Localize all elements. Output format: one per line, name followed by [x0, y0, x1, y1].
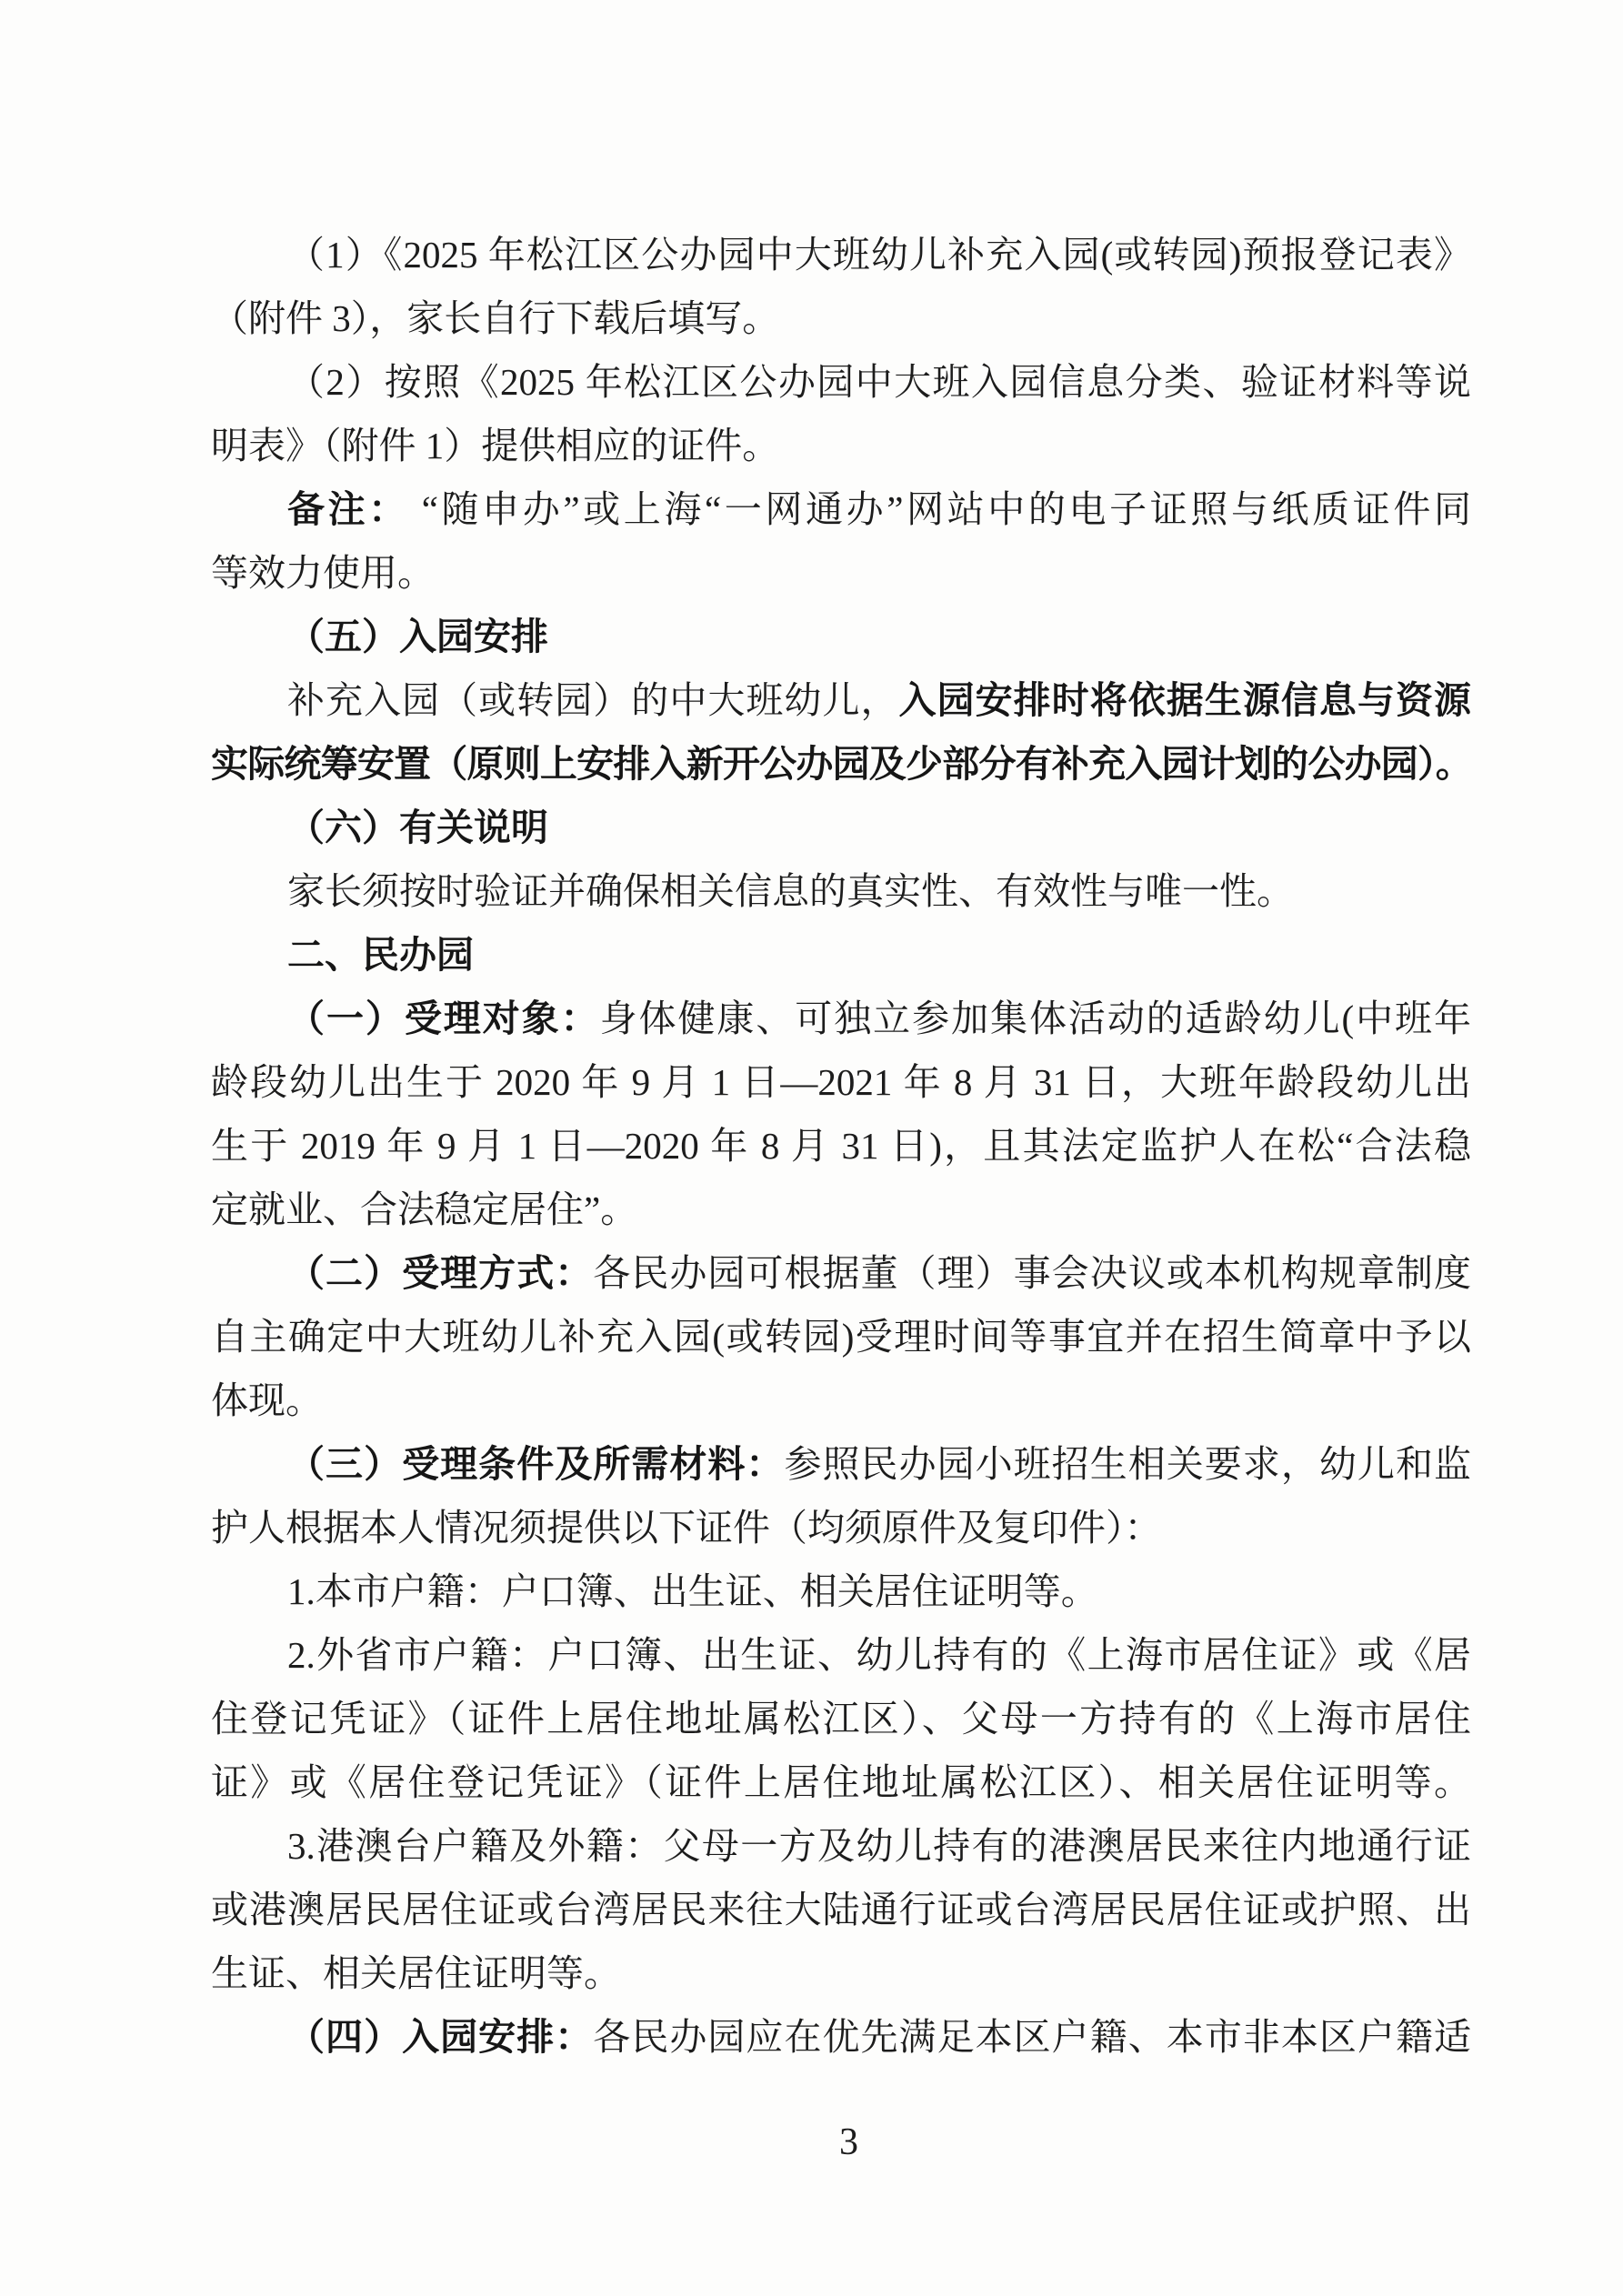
text-line: （五）入园安排 [211, 605, 1471, 668]
text-segment: 3.港澳台户籍及外籍：父母一方及幼儿持有的港澳居民来往内地通行证 [287, 1825, 1471, 1867]
text-line: 2.外省市户籍：户口簿、出生证、幼儿持有的《上海市居住证》或《居 [211, 1623, 1471, 1687]
text-segment: 护人根据本人情况须提供以下证件（均须原件及复印件）： [211, 1507, 1162, 1549]
text-line: 实际统筹安置（原则上安排入新开公办园及少部分有补充入园计划的公办园）。 [211, 732, 1471, 796]
text-segment: 1.本市户籍：户口簿、出生证、相关居住证明等。 [287, 1570, 1098, 1612]
bold-text-segment: （四）入园安排： [287, 2016, 593, 2058]
text-segment: 自主确定中大班幼儿补充入园(或转园)受理时间等事宜并在招生简章中予以 [211, 1316, 1471, 1358]
text-segment: 生于 2019 年 9 月 1 日—2020 年 8 月 31 日)，且其法定监… [211, 1125, 1471, 1167]
text-line: 3.港澳台户籍及外籍：父母一方及幼儿持有的港澳居民来往内地通行证 [211, 1814, 1471, 1878]
text-segment: “随申办”或上海“一网通办”网站中的电子证照与纸质证件同 [409, 488, 1471, 530]
text-segment: 或港澳居民居住证或台湾居民来往大陆通行证或台湾居民居住证或护照、出 [211, 1889, 1471, 1930]
text-line: 补充入园（或转园）的中大班幼儿，入园安排时将依据生源信息与资源 [211, 668, 1471, 732]
text-line: 生于 2019 年 9 月 1 日—2020 年 8 月 31 日)，且其法定监… [211, 1114, 1471, 1178]
text-line: （二）受理方式：各民办园可根据董（理）事会决议或本机构规章制度 [211, 1241, 1471, 1305]
bold-text-segment: 二、民办园 [287, 934, 474, 976]
bold-text-segment: 入园安排时将依据生源信息与资源 [899, 679, 1471, 721]
text-segment: 等效力使用。 [211, 552, 435, 594]
text-line: 证》或《居住登记凭证》（证件上居住地址属松江区）、相关居住证明等。 [211, 1750, 1471, 1814]
text-segment: （2）按照《2025 年松江区公办园中大班入园信息分类、验证材料等说 [287, 361, 1471, 403]
bold-text-segment: 备注： [287, 488, 409, 530]
text-segment: 家长须按时验证并确保相关信息的真实性、有效性与唯一性。 [287, 870, 1294, 912]
text-segment: 身体健康、可独立参加集体活动的适龄幼儿(中班年 [600, 998, 1471, 1039]
text-line: （三）受理条件及所需材料：参照民办园小班招生相关要求，幼儿和监 [211, 1432, 1471, 1496]
text-segment: 补充入园（或转园）的中大班幼儿， [287, 679, 899, 721]
text-segment: 参照民办园小班招生相关要求，幼儿和监 [784, 1443, 1471, 1485]
text-line: （四）入园安排：各民办园应在优先满足本区户籍、本市非本区户籍适 [211, 2005, 1471, 2069]
bold-text-segment: （六）有关说明 [287, 807, 548, 848]
document-lines: （1）《2025 年松江区公办园中大班幼儿补充入园(或转园)预报登记表》（附件 … [211, 223, 1471, 2069]
text-line: 备注： “随申办”或上海“一网通办”网站中的电子证照与纸质证件同 [211, 477, 1471, 541]
text-segment: 定就业、合法稳定居住”。 [211, 1188, 637, 1230]
text-segment: 证》或《居住登记凭证》（证件上居住地址属松江区）、相关居住证明等。 [211, 1761, 1471, 1803]
text-line: 龄段幼儿出生于 2020 年 9 月 1 日—2021 年 8 月 31 日，大… [211, 1050, 1471, 1114]
text-segment: （1）《2025 年松江区公办园中大班幼儿补充入园(或转园)预报登记表》 [287, 234, 1471, 276]
text-segment: 体现。 [211, 1379, 323, 1421]
text-segment: 龄段幼儿出生于 2020 年 9 月 1 日—2021 年 8 月 31 日，大… [211, 1061, 1471, 1103]
text-line: 或港澳居民居住证或台湾居民来往大陆通行证或台湾居民居住证或护照、出 [211, 1878, 1471, 1941]
bold-text-segment: （二）受理方式： [287, 1252, 593, 1294]
bold-text-segment: （三）受理条件及所需材料： [287, 1443, 784, 1485]
text-line: （2）按照《2025 年松江区公办园中大班入园信息分类、验证材料等说 [211, 350, 1471, 414]
text-segment: 明表》（附件 1）提供相应的证件。 [211, 425, 779, 466]
text-segment: （附件 3），家长自行下载后填写。 [211, 297, 779, 339]
page-number: 3 [37, 2121, 1623, 2164]
bold-text-segment: 实际统筹安置（原则上安排入新开公办园及少部分有补充入园计划的公办园）。 [211, 743, 1471, 785]
text-segment: 生证、相关居住证明等。 [211, 1952, 621, 1994]
text-line: （1）《2025 年松江区公办园中大班幼儿补充入园(或转园)预报登记表》 [211, 223, 1471, 286]
text-line: 1.本市户籍：户口簿、出生证、相关居住证明等。 [211, 1559, 1471, 1623]
text-line: （一）受理对象：身体健康、可独立参加集体活动的适龄幼儿(中班年 [211, 987, 1471, 1050]
bold-text-segment: （五）入园安排 [287, 616, 548, 657]
bold-text-segment: （一）受理对象： [287, 998, 600, 1039]
text-line: 自主确定中大班幼儿补充入园(或转园)受理时间等事宜并在招生简章中予以 [211, 1305, 1471, 1369]
text-segment: 各民办园应在优先满足本区户籍、本市非本区户籍适 [593, 2016, 1471, 2058]
document-page: （1）《2025 年松江区公办园中大班幼儿补充入园(或转园)预报登记表》（附件 … [0, 0, 1623, 2296]
text-line: 住登记凭证》（证件上居住地址属松江区）、父母一方持有的《上海市居住 [211, 1687, 1471, 1750]
text-line: 家长须按时验证并确保相关信息的真实性、有效性与唯一性。 [211, 859, 1471, 923]
text-segment: 住登记凭证》（证件上居住地址属松江区）、父母一方持有的《上海市居住 [211, 1698, 1471, 1740]
text-segment: 各民办园可根据董（理）事会决议或本机构规章制度 [593, 1252, 1471, 1294]
text-line: 二、民办园 [211, 923, 1471, 987]
text-segment: 2.外省市户籍：户口簿、出生证、幼儿持有的《上海市居住证》或《居 [287, 1634, 1471, 1676]
